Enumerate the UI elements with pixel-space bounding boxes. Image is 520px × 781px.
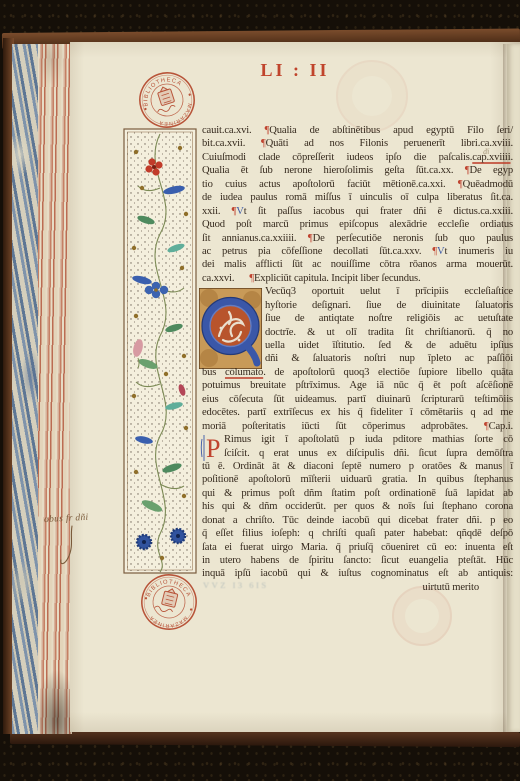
text-line-31: q̄ eſſet filius ioſeph: q chriſti quaſi … [202,527,513,540]
stamp-showthrough-bottom [392,586,452,646]
stamp-showthrough-top [336,60,408,132]
text-line-9: ſit annianus.ca.xxiiii. ¶De perſecutiōe … [202,232,513,245]
text-line-3: Cuiuſmodi clade cōpreſſerit iudeos ipſo … [202,151,513,164]
text-line-7: xxii. ¶Vt ſit paſſus iacobus qui frater … [202,205,513,218]
text-line-30: donat a chriſto. Tūc deinde iacobū qui d… [202,514,513,527]
text-line-34: inquā ipſū iacobū qui & iuſtus cognomina… [202,567,513,580]
text-line-12: ca.xxvi. ¶Expliciūt capitula. Incipit li… [202,272,513,285]
text-line-10: ac petrus pia cōfeſſione decollati ſūt.c… [202,245,513,258]
stamp-seal-icon: BIBLIOTHECA MAZARINEA [133,66,201,134]
text-block: cauit.ca.xvi. ¶Qualia de abſtinētibus ap… [202,124,513,594]
text-line-8: Quod poſt marcū primus epiſcopus alexādr… [202,218,513,231]
page-fore-edges [38,44,72,734]
text-line-18: dñi & ſaluatoris noſtri nup īpleto ac pa… [202,352,513,365]
text-line-28: qui & primus poſt dñm ſtatim poſt ordina… [202,487,513,500]
text-line-25: ſciſcit. q erat unus ex diſcipulis dñi. … [202,447,513,460]
marbled-endpaper [12,44,38,734]
floral-border [122,128,198,574]
text-line-15: ſiue de antiqtate noſtre religiōis ac ue… [202,312,513,325]
text-line-16: doctrīe. & ut olī tradita ſit chriſtiano… [202,326,513,339]
photo-background: LI : II BIBLIOTHECA MAZARINEA [0,0,520,781]
text-line-24: Rimus igit ī apoſtolatū p iuda pditore m… [202,433,513,446]
margin-note-flourish [56,524,86,572]
text-line-23: moriā poſteritatis iūcti ſūt cōperimus a… [202,420,513,433]
text-line-27: poſitionē apoſtolorū mīſterii uiduarū gr… [202,473,513,486]
stamp-seal-icon: BIBLIOTHECA MAZARINEA [136,569,202,635]
text-line-29: his qui & dñm occiderūt. per quos & noīs… [202,500,513,513]
text-line-33: in utero habens de ſpiritu ſancto: ſicut… [202,554,513,567]
text-line-19: bus cōlumato. de apoſtolorū quoq3 electi… [202,366,513,379]
text-line-1: cauit.ca.xvi. ¶Qualia de abſtinētibus ap… [202,124,513,137]
text-line-4: Qualia ēt ſub nerone hieroſolimis geſta … [202,164,513,177]
chapter-numeral: LI : II [252,60,338,90]
text-line-32: ſata ei fuerat uirgo Maria. q̄ priuſq̄ c… [202,541,513,554]
text-line-22: edocētes. partī extrīſecus ex his q̄ fid… [202,406,513,419]
text-line-21: eius cōſecuta ſūt uideamus. partī diuina… [202,393,513,406]
text-line-26: tū ē. Ordināt āt & diaconi ſeptē numero … [202,460,513,473]
text-line-5: tio cuius actus apoſtolorū faciūt mētion… [202,178,513,191]
text-line-17: uella uidet īſtitutio. ſed & de aduētu i… [202,339,513,352]
showthrough-text: VVZ I3 6IS [203,580,269,590]
text-line-13: Vecūq3 oportuit uelut ī prīcipiis eccleſ… [202,285,513,298]
text-line-11: dei malis afflicti ſūt ac nouiſſime cōtr… [202,258,513,271]
text-line-14: hyſtorie deſignari. ſiue de diuinitate ſ… [202,299,513,312]
text-line-6: de iudea paulus romā miſſus ī uinculis o… [202,191,513,204]
text-line-2: bit.ca.xvii. ¶Quāti ad nos Filonis perue… [202,137,513,150]
gutter-note: dī [482,147,489,157]
text-line-20: potuimus breuitate pſtrīximus. Age iā nū… [202,379,513,392]
